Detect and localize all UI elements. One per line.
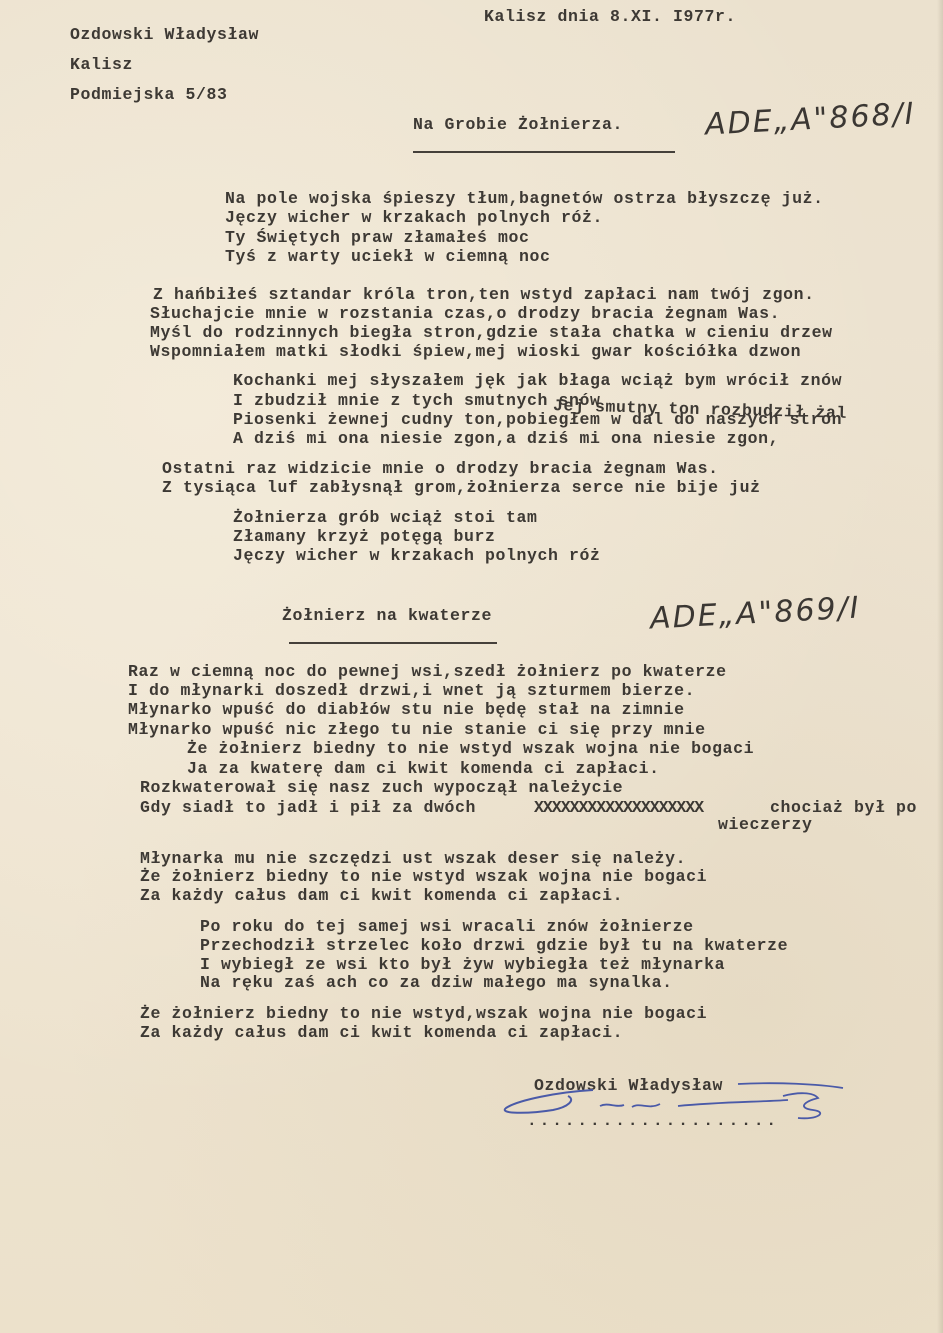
- signature-dotted-line: ....................: [527, 1112, 779, 1130]
- poem2-title-underline: [289, 642, 497, 644]
- verse-line: Na pole wojska śpieszy tłum,bagnetów ost…: [225, 189, 824, 208]
- verse-line: Myśl do rodzinnych biegła stron,gdzie st…: [150, 323, 833, 342]
- verse-line: Słuchajcie mnie w rozstania czas,o drodz…: [150, 304, 780, 323]
- verse-line: Wspomniałem matki słodki śpiew,mej wiosk…: [150, 342, 801, 361]
- date-line: Kalisz dnia 8.XI. I977r.: [484, 7, 736, 26]
- verse-line: Z tysiąca luf zabłysnął grom,żołnierza s…: [162, 478, 761, 497]
- verse-line: Ostatni raz widzicie mnie o drodzy braci…: [162, 459, 719, 478]
- verse-line-wrap: wieczerzy: [718, 815, 813, 834]
- sender-name: Ozdowski Władysław: [70, 25, 259, 44]
- verse-line: I zbudził mnie z tych smutnych snów: [233, 391, 601, 410]
- verse-line: Po roku do tej samej wsi wracali znów żo…: [200, 917, 694, 936]
- verse-line: Przechodził strzelec koło drzwi gdzie by…: [200, 936, 788, 955]
- verse-line: Za każdy całus dam ci kwit komenda ci za…: [140, 1023, 623, 1042]
- verse-line: Żołnierza grób wciąż stoi tam: [233, 508, 538, 527]
- verse-line: I do młynarki doszedł drzwi,i wnet ją sz…: [128, 681, 695, 700]
- verse-line: Rozkwaterował się nasz zuch wypoczął nal…: [140, 778, 623, 797]
- poem2-archive-mark: ADE„A"869/I: [649, 591, 861, 637]
- verse-line: Kochanki mej słyszałem jęk jak błaga wci…: [233, 371, 842, 390]
- verse-line: Z hańbiłeś sztandar króla tron,ten wstyd…: [153, 285, 815, 304]
- verse-line: Że żołnierz biedny to nie wstyd wszak wo…: [140, 867, 707, 886]
- verse-line: Ja za kwaterę dam ci kwit komenda ci zap…: [187, 759, 660, 778]
- poem2-title: Żołnierz na kwaterze: [282, 606, 492, 625]
- poem1-archive-mark: ADE„A"868/I: [704, 97, 916, 143]
- poem1-title: Na Grobie Żołnierza.: [413, 115, 623, 134]
- verse-line: Że żołnierz biedny to nie wstyd,wszak wo…: [140, 1004, 707, 1023]
- verse-line: Młynarka mu nie szczędzi ust wszak deser…: [140, 849, 686, 868]
- verse-line: I wybiegł ze wsi kto był żyw wybiegła te…: [200, 955, 725, 974]
- verse-line: Piosenki żewnej cudny ton,pobiegłem w da…: [233, 410, 842, 429]
- verse-line: Raz w ciemną noc do pewnej wsi,szedł żoł…: [128, 662, 727, 681]
- verse-line: A dziś mi ona niesie zgon,a dziś mi ona …: [233, 429, 779, 448]
- sender-city: Kalisz: [70, 55, 133, 74]
- verse-line: Młynarko wpuść do diabłów stu nie będę s…: [128, 700, 685, 719]
- struck-out-text: XXXXXXXXXXXXXXXXXXX: [534, 798, 703, 817]
- verse-line: Młynarko wpuść nic złego tu nie stanie c…: [128, 720, 706, 739]
- verse-line: Tyś z warty uciekł w ciemną noc: [225, 247, 551, 266]
- verse-line: Złamany krzyż potęgą burz: [233, 527, 496, 546]
- verse-line: Gdy siadł to jadł i pił za dwóch: [140, 798, 476, 817]
- verse-line: Za każdy całus dam ci kwit komenda ci za…: [140, 886, 623, 905]
- sender-address: Podmiejska 5/83: [70, 85, 228, 104]
- verse-line: Jęczy wicher w krzakach polnych róż.: [225, 208, 603, 227]
- verse-line: Ty Świętych praw złamałeś moc: [225, 228, 530, 247]
- page-edge-shadow: [937, 0, 943, 1333]
- verse-line: Jęczy wicher w krzakach polnych róż: [233, 546, 601, 565]
- poem1-title-underline: [413, 151, 675, 153]
- verse-line: Że żołnierz biedny to nie wstyd wszak wo…: [187, 739, 754, 758]
- verse-line: Na ręku zaś ach co za dziw małego ma syn…: [200, 973, 673, 992]
